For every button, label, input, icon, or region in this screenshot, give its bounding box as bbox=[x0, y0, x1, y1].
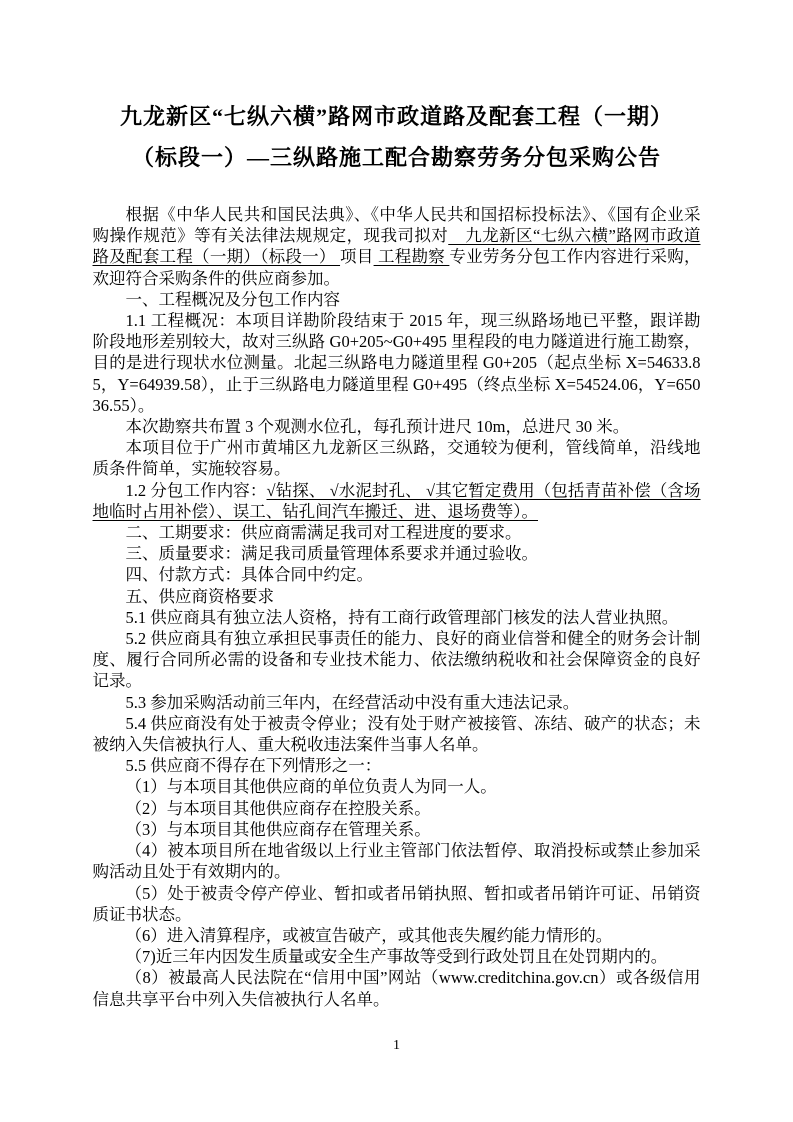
text-segment: （5）处于被责令停产停业、暂扣或者吊销执照、暂扣或者吊销许可证、吊销资质证书状态… bbox=[93, 884, 701, 924]
paragraph: 三、质量要求：满足我司质量管理体系要求并通过验收。 bbox=[93, 543, 701, 564]
paragraph: 1.1 工程概况：本项目详勘阶段结束于 2015 年，现三纵路场地已平整，跟详勘… bbox=[93, 310, 701, 416]
paragraph: 5.1 供应商具有独立法人资格，持有工商行政管理部门核发的法人营业执照。 bbox=[93, 607, 701, 628]
text-segment: （6）进入清算程序，或被宣告破产，或其他丧失履约能力情形的。 bbox=[126, 926, 613, 945]
text-segment: （7)近三年内因发生质量或安全生产事故等受到行政处罚且在处罚期内的。 bbox=[126, 947, 668, 966]
paragraph: 5.4 供应商没有处于被责令停业；没有处于财产被接管、冻结、破产的状态；未被纳入… bbox=[93, 713, 701, 755]
text-segment: 5.5 供应商不得存在下列情形之一： bbox=[126, 756, 382, 775]
paragraph: （1）与本项目其他供应商的单位负责人为同一人。 bbox=[93, 776, 701, 797]
text-segment: 本项目位于广州市黄埔区九龙新区三纵路，交通较为便利，管线简单，沿线地质条件简单，… bbox=[93, 438, 701, 478]
paragraph: 1.2 分包工作内容：√钻探、 √水泥封孔、 √其它暂定费用（包括青苗补偿（含场… bbox=[93, 480, 701, 522]
document-title-line-2: （标段一）—三纵路施工配合勘察劳务分包采购公告 bbox=[0, 137, 793, 178]
paragraph: 5.5 供应商不得存在下列情形之一： bbox=[93, 755, 701, 776]
text-segment: （3）与本项目其他供应商存在管理关系。 bbox=[126, 820, 431, 839]
document-page: 九龙新区“七纵六横”路网市政道路及配套工程（一期） （标段一）—三纵路施工配合勘… bbox=[0, 0, 793, 1122]
paragraph: （8）被最高人民法院在“信用中国”网站（www.creditchina.gov.… bbox=[93, 967, 701, 1009]
underlined-text: 工程勘察 bbox=[374, 247, 450, 266]
text-segment: 三、质量要求：满足我司质量管理体系要求并通过验收。 bbox=[126, 544, 539, 563]
paragraph: （4）被本项目所在地省级以上行业主管部门依法暂停、取消投标或禁止参加采购活动且处… bbox=[93, 840, 701, 882]
paragraph: （3）与本项目其他供应商存在管理关系。 bbox=[93, 819, 701, 840]
text-segment: 5.4 供应商没有处于被责令停业；没有处于财产被接管、冻结、破产的状态；未被纳入… bbox=[93, 714, 701, 754]
text-segment: （8）被最高人民法院在“信用中国”网站（www.creditchina.gov.… bbox=[93, 968, 701, 1008]
document-body: 根据《中华人民共和国民法典》、《中华人民共和国招标投标法》、《国有企业采购操作规… bbox=[93, 204, 701, 1010]
paragraph: 本项目位于广州市黄埔区九龙新区三纵路，交通较为便利，管线简单，沿线地质条件简单，… bbox=[93, 437, 701, 479]
text-segment: 五、供应商资格要求 bbox=[126, 587, 275, 606]
text-segment: 四、付款方式：具体合同中约定。 bbox=[126, 565, 374, 584]
text-segment: （4）被本项目所在地省级以上行业主管部门依法暂停、取消投标或禁止参加采购活动且处… bbox=[93, 841, 701, 881]
paragraph: 四、付款方式：具体合同中约定。 bbox=[93, 564, 701, 585]
text-segment: 二、工期要求：供应商需满足我司对工程进度的要求。 bbox=[126, 523, 522, 542]
page-number: 1 bbox=[393, 1038, 400, 1053]
page-footer: 1 bbox=[0, 1036, 793, 1056]
paragraph: 五、供应商资格要求 bbox=[93, 586, 701, 607]
text-segment: 一、工程概况及分包工作内容 bbox=[126, 290, 341, 309]
text-segment: 1.1 工程概况：本项目详勘阶段结束于 2015 年，现三纵路场地已平整，跟详勘… bbox=[93, 311, 701, 415]
text-segment: 项目 bbox=[340, 247, 374, 266]
paragraph: 本次勘察共布置 3 个观测水位孔，每孔预计进尺 10m，总进尺 30 米。 bbox=[93, 416, 701, 437]
paragraph: （2）与本项目其他供应商存在控股关系。 bbox=[93, 798, 701, 819]
text-segment: （1）与本项目其他供应商的单位负责人为同一人。 bbox=[126, 777, 497, 796]
paragraph: （5）处于被责令停产停业、暂扣或者吊销执照、暂扣或者吊销许可证、吊销资质证书状态… bbox=[93, 883, 701, 925]
text-segment: 5.1 供应商具有独立法人资格，持有工商行政管理部门核发的法人营业执照。 bbox=[126, 608, 679, 627]
paragraph: 根据《中华人民共和国民法典》、《中华人民共和国招标投标法》、《国有企业采购操作规… bbox=[93, 204, 701, 289]
text-segment: 5.2 供应商具有独立承担民事责任的能力、良好的商业信誉和健全的财务会计制度、履… bbox=[93, 629, 701, 690]
paragraph: （7)近三年内因发生质量或安全生产事故等受到行政处罚且在处罚期内的。 bbox=[93, 946, 701, 967]
paragraph: 一、工程概况及分包工作内容 bbox=[93, 289, 701, 310]
paragraph: 5.2 供应商具有独立承担民事责任的能力、良好的商业信誉和健全的财务会计制度、履… bbox=[93, 628, 701, 692]
paragraph: 5.3 参加采购活动前三年内，在经营活动中没有重大违法记录。 bbox=[93, 692, 701, 713]
document-title: 九龙新区“七纵六横”路网市政道路及配套工程（一期） （标段一）—三纵路施工配合勘… bbox=[0, 0, 793, 178]
paragraph: 二、工期要求：供应商需满足我司对工程进度的要求。 bbox=[93, 522, 701, 543]
text-segment: 5.3 参加采购活动前三年内，在经营活动中没有重大违法记录。 bbox=[126, 693, 580, 712]
paragraph: （6）进入清算程序，或被宣告破产，或其他丧失履约能力情形的。 bbox=[93, 925, 701, 946]
text-segment: 本次勘察共布置 3 个观测水位孔，每孔预计进尺 10m，总进尺 30 米。 bbox=[126, 417, 630, 436]
text-segment: （2）与本项目其他供应商存在控股关系。 bbox=[126, 799, 431, 818]
text-segment: 1.2 分包工作内容： bbox=[126, 481, 267, 500]
document-title-line-1: 九龙新区“七纵六横”路网市政道路及配套工程（一期） bbox=[0, 96, 793, 137]
